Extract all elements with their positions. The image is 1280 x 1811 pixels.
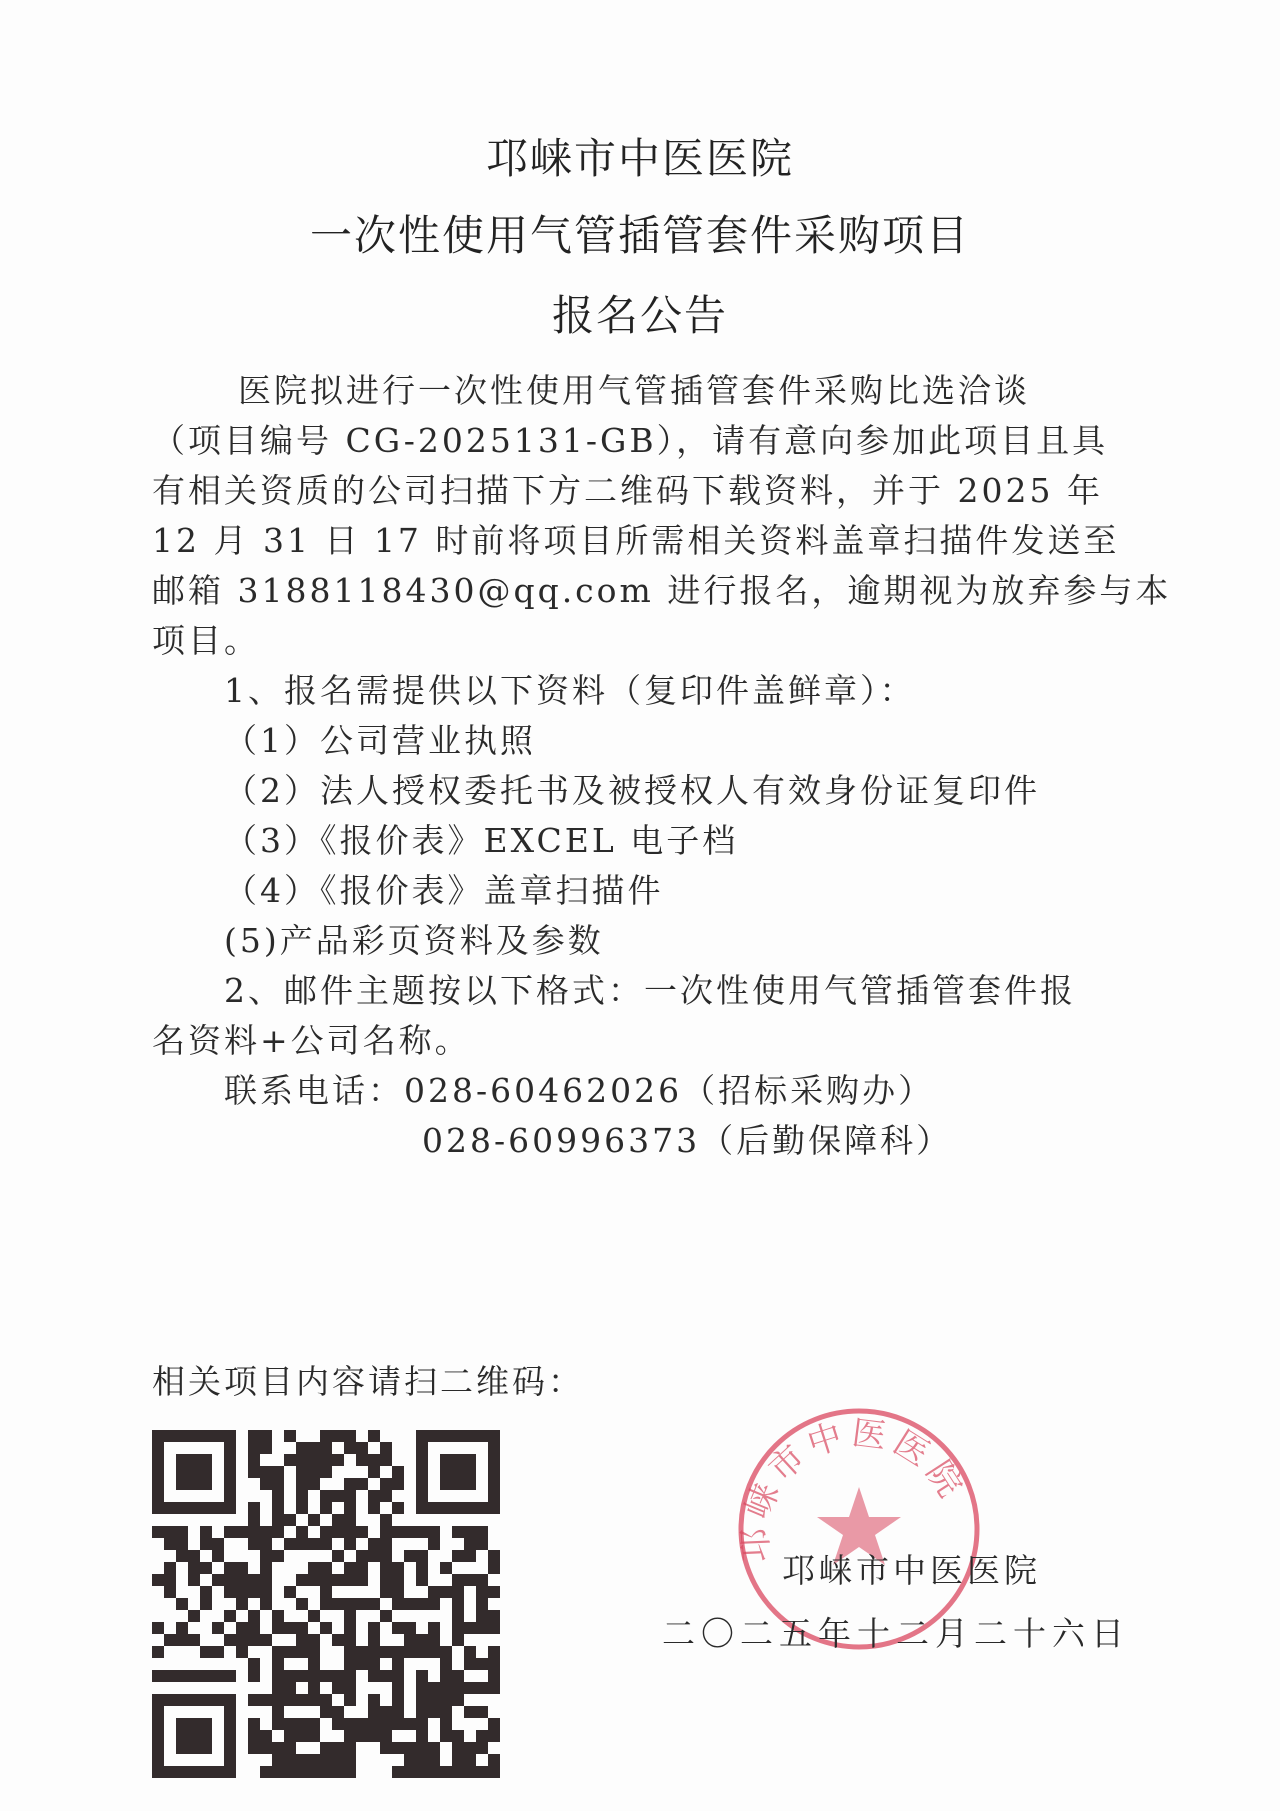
requirement-item: （2）法人授权委托书及被授权人有效身份证复印件 [152,766,1132,816]
requirement-item: （1）公司营业执照 [152,716,1132,766]
document-page: 邛崃市中医医院 一次性使用气管插管套件采购项目 报名公告 医院拟进行一次性使用气… [0,0,1280,1811]
intro-line: （项目编号 CG-2025131-GB），请有意向参加此项目且具 [152,416,1132,466]
signature-org: 邛崃市中医医院 [782,1545,1041,1592]
intro-line: 有相关资质的公司扫描下方二维码下载资料，并于 2025 年 [152,466,1132,516]
notice-body: 医院拟进行一次性使用气管插管套件采购比选洽谈 （项目编号 CG-2025131-… [152,366,1132,1166]
requirement-item: (5)产品彩页资料及参数 [152,916,1132,966]
requirement-item: （3）《报价表》EXCEL 电子档 [152,816,1132,866]
intro-line: 项目。 [152,616,1132,666]
qr-code[interactable] [152,1430,500,1778]
doc-title-hospital: 邛崃市中医医院 [0,126,1280,186]
intro-line: 邮箱 3188118430@qq.com 进行报名，逾期视为放弃参与本 [152,566,1132,616]
contact-phone-1: 联系电话：028-60462026（招标采购办） [152,1066,1132,1116]
intro-line: 12 月 31 日 17 时前将项目所需相关资料盖章扫描件发送至 [152,516,1132,566]
doc-title-notice: 报名公告 [0,283,1280,343]
requirement-item: （4）《报价表》盖章扫描件 [152,866,1132,916]
signature-date: 二〇二五年十二月二十六日 [662,1608,1130,1655]
section2-line: 名资料+公司名称。 [152,1016,1132,1066]
contact-phone-2: 028-60996373（后勤保障科） [152,1116,1132,1166]
section2-line: 2、邮件主题按以下格式：一次性使用气管插管套件报 [152,966,1132,1016]
qr-label: 相关项目内容请扫二维码： [152,1356,584,1403]
intro-line: 医院拟进行一次性使用气管插管套件采购比选洽谈 [152,366,1132,416]
section1-heading: 1、报名需提供以下资料（复印件盖鲜章）： [152,666,1132,716]
doc-title-project: 一次性使用气管插管套件采购项目 [0,203,1280,263]
